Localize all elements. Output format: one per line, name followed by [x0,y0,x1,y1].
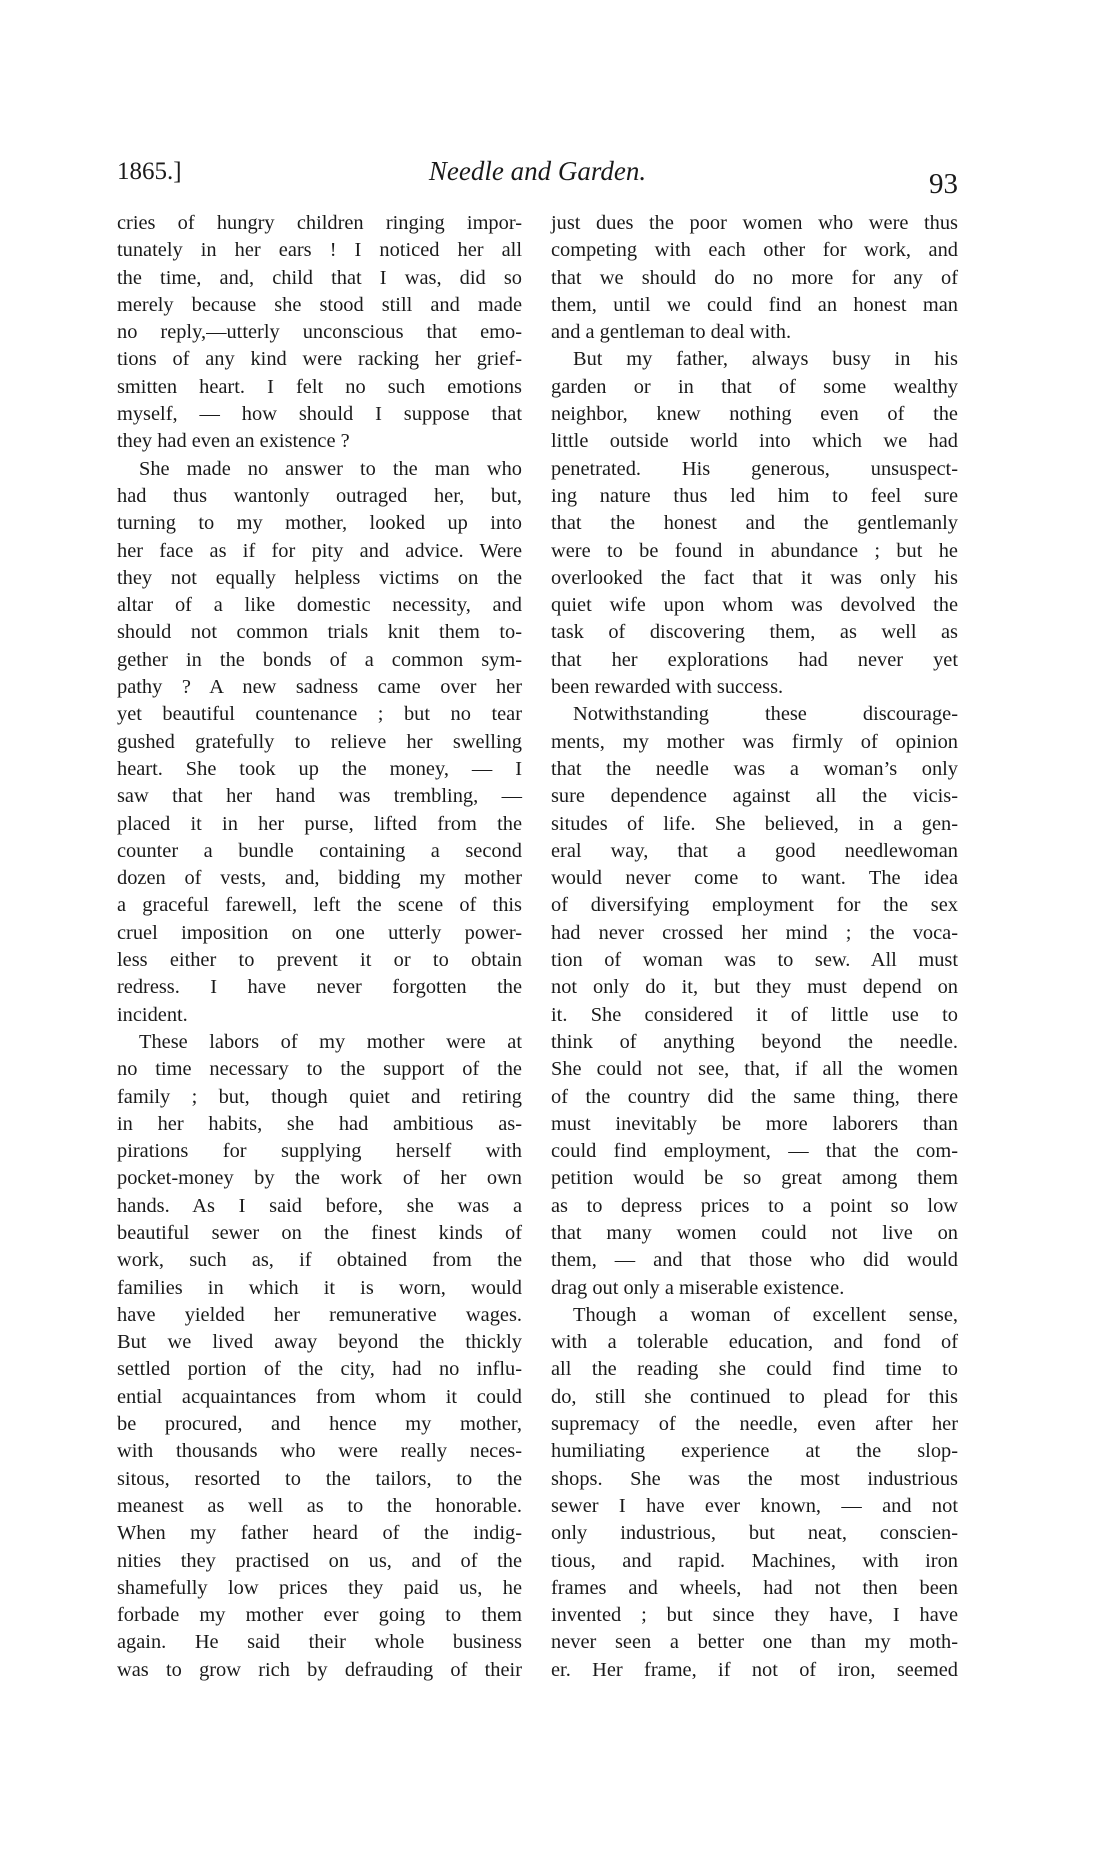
text-line: humiliating experience at the slop- [551,1438,958,1465]
text-line: not only do it, but they must depend on [551,974,958,1001]
text-line: penetrated. His generous, unsuspect- [551,456,958,483]
text-line: eral way, that a good needlewoman [551,838,958,865]
text-line: her face as if for pity and advice. Were [117,538,522,565]
text-line: Though a woman of excellent sense, [551,1302,958,1329]
text-line: redress. I have never forgotten the [117,974,522,1001]
text-line: pirations for supplying herself with [117,1138,522,1165]
text-line: could find employment, — that the com- [551,1138,958,1165]
text-line: they not equally helpless victims on the [117,565,522,592]
text-line: tunately in her ears ! I noticed her all [117,237,522,264]
text-line: She made no answer to the man who [117,456,522,483]
text-line: nities they practised on us, and of the [117,1548,522,1575]
text-line: merely because she stood still and made [117,292,522,319]
text-line: shops. She was the most industrious [551,1466,958,1493]
text-line: quiet wife upon whom was devolved the [551,592,958,619]
text-line: must inevitably be more laborers than [551,1111,958,1138]
text-line: that many women could not live on [551,1220,958,1247]
text-line: a graceful farewell, left the scene of t… [117,892,522,919]
text-column-right: just dues the poor women who were thusco… [551,210,958,1684]
text-line: were to be found in abundance ; but he [551,538,958,565]
text-line: But my father, always busy in his [551,346,958,373]
text-line: no time necessary to the support of the [117,1056,522,1083]
text-line: But we lived away beyond the thickly [117,1329,522,1356]
text-line: Notwithstanding these discourage- [551,701,958,728]
text-line: that we should do no more for any of [551,265,958,292]
text-line: invented ; but since they have, I have [551,1602,958,1629]
text-line: gushed gratefully to relieve her swellin… [117,729,522,756]
text-line: tions of any kind were racking her grief… [117,346,522,373]
text-line: drag out only a miserable existence. [551,1275,958,1302]
text-line: dozen of vests, and, bidding my mother [117,865,522,892]
text-line: altar of a like domestic necessity, and [117,592,522,619]
text-line: been rewarded with success. [551,674,958,701]
text-line: cruel imposition on one utterly power- [117,920,522,947]
text-line: family ; but, though quiet and retiring [117,1084,522,1111]
text-line: little outside world into which we had [551,428,958,455]
text-line: saw that her hand was trembling, — [117,783,522,810]
text-line: was to grow rich by defrauding of their [117,1657,522,1684]
text-line: heart. She took up the money, — I [117,756,522,783]
text-line: think of anything beyond the needle. [551,1029,958,1056]
text-line: overlooked the fact that it was only his [551,565,958,592]
text-line: smitten heart. I felt no such emotions [117,374,522,401]
text-line: competing with each other for work, and [551,237,958,264]
text-line: ential acquaintances from whom it could [117,1384,522,1411]
text-line: just dues the poor women who were thus [551,210,958,237]
text-line: had never crossed her mind ; the voca- [551,920,958,947]
text-line: placed it in her purse, lifted from the [117,811,522,838]
text-line: meanest as well as to the honorable. [117,1493,522,1520]
text-line: that her explorations had never yet [551,647,958,674]
text-line: petition would be so great among them [551,1165,958,1192]
text-line: they had even an existence ? [117,428,522,455]
text-line: yet beautiful countenance ; but no tear [117,701,522,728]
text-line: sure dependence against all the vicis- [551,783,958,810]
text-line: These labors of my mother were at [117,1029,522,1056]
text-line: beautiful sewer on the finest kinds of [117,1220,522,1247]
text-line: pathy ? A new sadness came over her [117,674,522,701]
text-line: pocket-money by the work of her own [117,1165,522,1192]
text-line: would never come to want. The idea [551,865,958,892]
text-line: never seen a better one than my moth- [551,1629,958,1656]
text-line: tious, and rapid. Machines, with iron [551,1548,958,1575]
text-line: counter a bundle containing a second [117,838,522,865]
text-line: ing nature thus led him to feel sure [551,483,958,510]
text-line: situdes of life. She believed, in a gen- [551,811,958,838]
running-head-title: Needle and Garden. [117,156,958,187]
text-line: garden or in that of some wealthy [551,374,958,401]
text-line: them, until we could find an honest man [551,292,958,319]
text-line: turning to my mother, looked up into [117,510,522,537]
text-line: families in which it is worn, would [117,1275,522,1302]
text-column-left: cries of hungry children ringing impor-t… [117,210,522,1684]
running-head: 1865.] Needle and Garden. 93 [117,152,958,196]
text-line: had thus wantonly outraged her, but, [117,483,522,510]
text-line: When my father heard of the indig- [117,1520,522,1547]
text-line: ments, my mother was firmly of opinion [551,729,958,756]
text-line: of the country did the same thing, there [551,1084,958,1111]
text-line: sewer I have ever known, — and not [551,1493,958,1520]
text-line: no reply,—utterly unconscious that emo- [117,319,522,346]
text-line: the time, and, child that I was, did so [117,265,522,292]
text-line: settled portion of the city, had no infl… [117,1356,522,1383]
text-line: all the reading she could find time to [551,1356,958,1383]
text-line: cries of hungry children ringing impor- [117,210,522,237]
text-line: should not common trials knit them to- [117,619,522,646]
text-line: neighbor, knew nothing even of the [551,401,958,428]
text-line: work, such as, if obtained from the [117,1247,522,1274]
text-line: gether in the bonds of a common sym- [117,647,522,674]
text-line: myself, — how should I suppose that [117,401,522,428]
text-line: it. She considered it of little use to [551,1002,958,1029]
text-line: again. He said their whole business [117,1629,522,1656]
text-line: frames and wheels, had not then been [551,1575,958,1602]
text-line: task of discovering them, as well as [551,619,958,646]
text-line: She could not see, that, if all the wome… [551,1056,958,1083]
text-line: less either to prevent it or to obtain [117,947,522,974]
text-line: er. Her frame, if not of iron, seemed [551,1657,958,1684]
text-line: do, still she continued to plead for thi… [551,1384,958,1411]
text-line: forbade my mother ever going to them [117,1602,522,1629]
text-line: hands. As I said before, she was a [117,1193,522,1220]
text-line: tion of woman was to sew. All must [551,947,958,974]
page-number: 93 [929,168,958,201]
text-line: have yielded her remunerative wages. [117,1302,522,1329]
text-line: with a tolerable education, and fond of [551,1329,958,1356]
text-line: shamefully low prices they paid us, he [117,1575,522,1602]
text-line: them, — and that those who did would [551,1247,958,1274]
text-line: sitous, resorted to the tailors, to the [117,1466,522,1493]
text-line: supremacy of the needle, even after her [551,1411,958,1438]
text-line: incident. [117,1002,522,1029]
text-line: in her habits, she had ambitious as- [117,1111,522,1138]
text-line: only industrious, but neat, conscien- [551,1520,958,1547]
text-line: and a gentleman to deal with. [551,319,958,346]
text-line: of diversifying employment for the sex [551,892,958,919]
text-line: be procured, and hence my mother, [117,1411,522,1438]
text-line: with thousands who were really neces- [117,1438,522,1465]
text-line: as to depress prices to a point so low [551,1193,958,1220]
text-line: that the honest and the gentlemanly [551,510,958,537]
text-line: that the needle was a woman’s only [551,756,958,783]
